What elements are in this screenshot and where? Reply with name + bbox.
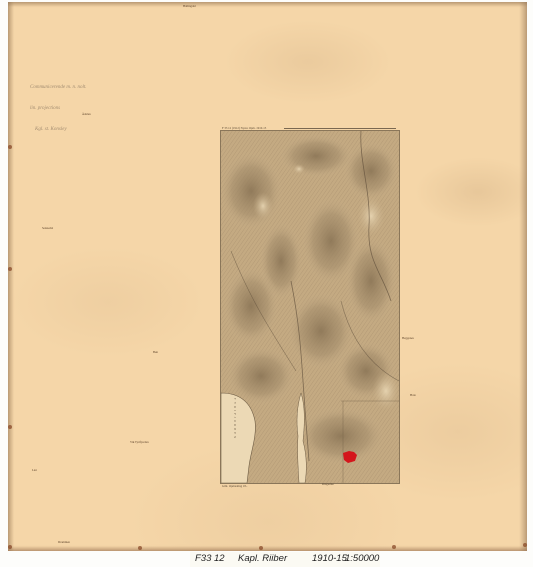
- pencil-annotation: Communicerende m. n. nolt. lin. projecti…: [30, 70, 86, 140]
- paper-edge: [8, 546, 527, 551]
- margin-place-name: Drammen: [58, 540, 70, 544]
- paper-edge: [519, 2, 527, 551]
- lake-label: TYRIFJORDEN: [233, 398, 237, 440]
- pin-hole: [392, 545, 396, 549]
- header-rule: [284, 128, 396, 129]
- paper-edge: [8, 2, 14, 551]
- survey-years: 1910-15: [312, 553, 347, 564]
- pin-hole: [523, 543, 527, 547]
- margin-place-name: Lier: [32, 468, 37, 472]
- topographic-map-sheet: [220, 130, 400, 484]
- margin-place-name: Soknedal: [42, 226, 53, 230]
- pin-hole: [8, 145, 12, 149]
- margin-place-name: Hallingdal: [183, 4, 196, 8]
- surveyor-name: Kapl. Riiber: [238, 553, 287, 564]
- margin-place-name: Hole: [410, 393, 416, 397]
- pin-hole: [8, 425, 12, 429]
- margin-place-name: Ådalen: [82, 112, 91, 116]
- margin-place-name: Bøn: [153, 350, 158, 354]
- margin-place-name: Heggenes: [402, 336, 414, 340]
- margin-place-name: Vik Tyrifjorden: [130, 440, 149, 444]
- pin-hole: [259, 546, 263, 550]
- paper-edge: [8, 2, 527, 7]
- sheet-footer-place: Ringerike: [322, 482, 334, 486]
- pin-hole: [138, 546, 142, 550]
- sheet-id: F33 12: [195, 553, 225, 564]
- sheet-footer-note: Gml. Opmaaling 18..: [222, 484, 247, 488]
- terrain-relief: [221, 131, 399, 483]
- pin-hole: [8, 545, 12, 549]
- map-scale: 1:50000: [345, 553, 379, 564]
- pin-hole: [8, 267, 12, 271]
